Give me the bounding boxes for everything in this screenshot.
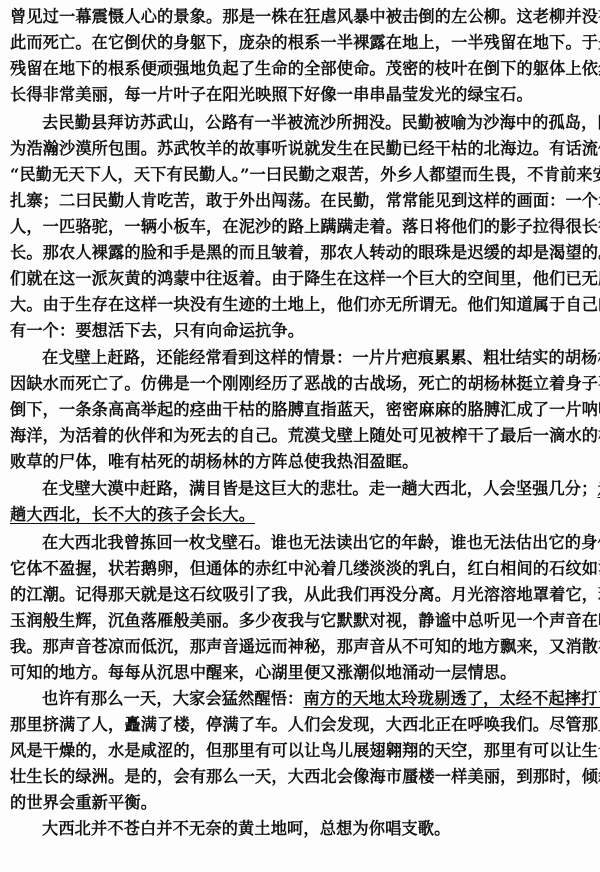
passage-line: 的世界会重新平衡。 xyxy=(10,790,592,816)
passage-line: 那里挤满了人，矗满了楼，停满了车。人们会发现，大西北正在呼唤我们。尽管那里的 xyxy=(10,712,592,738)
passage-line: 有一个：要想活下去，只有向命运抗争。 xyxy=(10,318,592,344)
passage-line: 此而死亡。在它倒伏的身躯下，庞杂的根系一半裸露在地上，一半残留在地下。于是， xyxy=(10,30,592,56)
passage-line: 人，一匹骆驼，一辆小板车，在泥沙的路上蹒蹒走着。落日将他们的影子拉得很长很 xyxy=(10,214,592,240)
passage-line: 长。那农人裸露的脸和手是黑的而且皱着，那农人转动的眼珠是迟缓的却是渴望的。他 xyxy=(10,240,592,266)
passage-line: 在大西北我曾拣回一枚戈壁石。谁也无法读出它的年龄，谁也无法估出它的身价。 xyxy=(42,530,592,556)
passage-line: 可知的地方。每每从沉思中醒来，心湖里便又涨潮似地涌动一层情思。 xyxy=(10,660,592,686)
passage-line: 倒下，一条条高高举起的痉曲干枯的胳膊直指蓝天，密密麻麻的胳膊汇成了一片呐喊的 xyxy=(10,397,592,423)
passage-line: 为浩瀚沙漠所包围。苏武牧羊的故事听说就发生在民勤已经干枯的北海边。有话流传： xyxy=(10,136,592,162)
passage-line: 扎寨；二曰民勤人肯吃苦，敢于外出闯荡。在民勤，常常能见到这样的画面：一个农 xyxy=(10,188,592,214)
passage-line: 风是干燥的，水是咸涩的，但那里有可以让鸟儿展翅翱翔的天空，那里有可以让生命茁 xyxy=(10,738,592,764)
passage-line-underlined-end: 趟大西北，长不大的孩子会长大。 xyxy=(10,502,592,528)
passage-line: “民勤无天下人，天下有民勤人。”一曰民勤之艰苦，外乡人都望而生畏，不肯前来安营 xyxy=(10,162,592,188)
passage-line-closing: 大西北并不苍白并不无奈的黄土地呵，总想为你唱支歌。 xyxy=(42,816,592,842)
passage-line: 长得非常美丽，每一片叶子在阳光映照下好像一串串晶莹发光的绿宝石。 xyxy=(10,82,592,108)
underlined-sentence: 南方的天地太玲珑剔透了，太经不起摔打了。 xyxy=(303,689,600,708)
passage-line: 玉润般生辉，沉鱼落雁般美丽。多少夜我与它默默对视，静谧中总听见一个声音在呼喊 xyxy=(10,608,592,634)
passage-line: 它体不盈握，状若鹅卵，但通体的赤红中沁着几缕淡淡的乳白，红白相间的石纹如涌动 xyxy=(10,556,592,582)
passage-line: 在戈壁上赶路，还能经常看到这样的情景：一片片疤痕累累、粗壮结实的胡杨林， xyxy=(42,345,592,371)
passage-line-underlined: 也许有那么一天，大家会猛然醒悟：南方的天地太玲珑剔透了，太经不起摔打了。 xyxy=(42,686,592,712)
passage-line: 大。由于生存在这样一块没有生迹的土地上，他们亦无所谓无。他们知道属于自己的只 xyxy=(10,292,592,318)
passage-line: 我。那声音苍凉而低沉，那声音遥远而神秘，那声音从不可知的地方飘来，又消散在不 xyxy=(10,634,592,660)
passage-line: 残留在地下的根系便顽强地负起了生命的全部使命。茂密的枝叶在倒下的躯体上依然生 xyxy=(10,56,592,82)
passage-line: 们就在这一派灰黄的鸿蒙中往返着。由于降生在这样一个巨大的空间里，他们已无所谓 xyxy=(10,266,592,292)
passage-line: 的江潮。记得那天就是这石纹吸引了我，从此我们再没分离。月光溶溶地罩着它，珠圆 xyxy=(10,582,592,608)
passage-line: 因缺水而死亡了。仿佛是一个刚刚经历了恶战的古战场，死亡的胡杨林挺立着身子不肯 xyxy=(10,371,592,397)
passage-line: 去民勤县拜访苏武山，公路有一半被流沙所拥没。民勤被喻为沙海中的孤岛，四周 xyxy=(42,110,592,136)
passage-line-underlined-start: 在戈壁大漠中赶路，满目皆是这巨大的悲壮。走一趟大西北，人会坚强几分；走一 xyxy=(42,476,592,502)
passage-line: 海洋，为活着的伙伴和为死去的自己。荒漠戈壁上随处可见被榨干了最后一滴水的枯枝 xyxy=(10,423,592,449)
passage-text: 也许有那么一天，大家会猛然醒悟： xyxy=(42,689,303,708)
underlined-sentence: 趟大西北，长不大的孩子会长大。 xyxy=(10,505,255,524)
passage-text: 在戈壁大漠中赶路，满目皆是这巨大的悲壮。走一趟大西北，人会坚强几分； xyxy=(42,479,597,498)
passage-line: 壮生长的绿洲。是的，会有那么一天，大西北会像海市蜃楼一样美丽，到那时，倾斜了 xyxy=(10,764,592,790)
passage-line: 败草的尸体，唯有枯死的胡杨林的方阵总使我热泪盈眶。 xyxy=(10,449,592,475)
passage-line: 曾见过一幕震慑人心的景象。那是一株在狂虐风暴中被击倒的左公柳。这老柳并没有就 xyxy=(10,4,592,30)
